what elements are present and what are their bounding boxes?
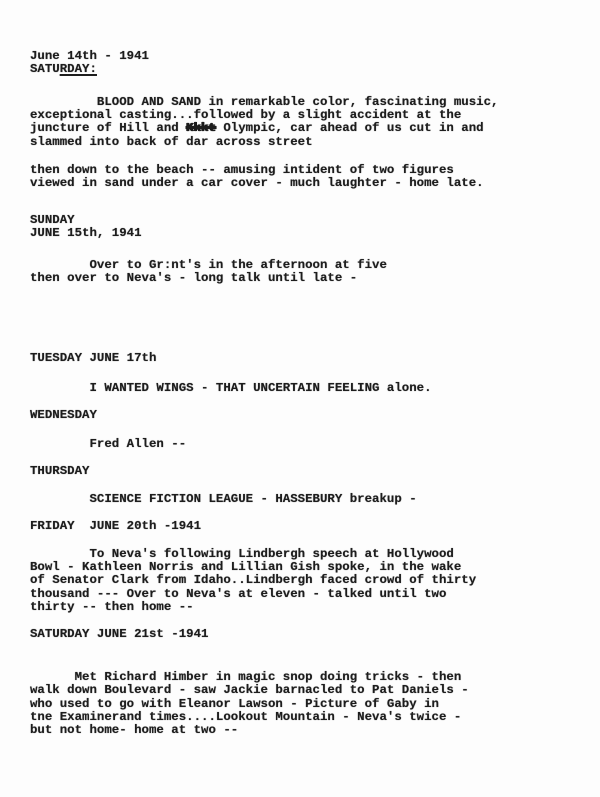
text-line: who used to go with Eleanor Lawson - Pic… bbox=[30, 698, 590, 711]
entry-paragraph: then down to the beach -- amusing intide… bbox=[30, 164, 590, 191]
text-line: WEDNESDAY bbox=[30, 409, 590, 422]
diary-entries: June 14th - 1941SATURDAY: BLOOD AND SAND… bbox=[30, 50, 590, 738]
entry-heading: June 14th - 1941SATURDAY: bbox=[30, 50, 590, 77]
struck-out-word: Kkkt bbox=[186, 121, 216, 135]
text-line: SCIENCE FICTION LEAGUE - HASSEBURY break… bbox=[30, 493, 590, 506]
entry-paragraph: Over to Gr:nt's in the afternoon at five… bbox=[30, 259, 590, 286]
entry-heading: THURSDAY bbox=[30, 465, 590, 478]
text-line: SATURDAY: bbox=[30, 63, 590, 76]
text-line: viewed in sand under a car cover - much … bbox=[30, 177, 590, 190]
text-line: I WANTED WINGS - THAT UNCERTAIN FEELING … bbox=[30, 382, 590, 395]
text-line: BLOOD AND SAND in remarkable color, fasc… bbox=[30, 96, 590, 109]
entry-heading: TUESDAY JUNE 17th bbox=[30, 352, 590, 365]
text-line: juncture of Hill and Kkkt Olympic, car a… bbox=[30, 122, 590, 135]
entry-heading: SATURDAY JUNE 21st -1941 bbox=[30, 628, 590, 641]
entry-paragraph: To Neva's following Lindbergh speech at … bbox=[30, 548, 590, 615]
text-line: To Neva's following Lindbergh speech at … bbox=[30, 548, 590, 561]
text-line: walk down Boulevard - saw Jackie barnacl… bbox=[30, 684, 590, 697]
entry-paragraph: I WANTED WINGS - THAT UNCERTAIN FEELING … bbox=[30, 382, 590, 395]
entry-paragraph: BLOOD AND SAND in remarkable color, fasc… bbox=[30, 96, 590, 150]
entry-heading: FRIDAY JUNE 20th -1941 bbox=[30, 520, 590, 533]
entry-paragraph: Fred Allen -- bbox=[30, 438, 590, 451]
text-line: June 14th - 1941 bbox=[30, 50, 590, 63]
entry-paragraph: SCIENCE FICTION LEAGUE - HASSEBURY break… bbox=[30, 493, 590, 506]
document-page: June 14th - 1941SATURDAY: BLOOD AND SAND… bbox=[0, 0, 600, 797]
text-line: but not home- home at two -- bbox=[30, 724, 590, 737]
entry-paragraph: Met Richard Himber in magic snop doing t… bbox=[30, 671, 590, 738]
text-line: SATURDAY JUNE 21st -1941 bbox=[30, 628, 590, 641]
entry-heading: WEDNESDAY bbox=[30, 409, 590, 422]
text-line: THURSDAY bbox=[30, 465, 590, 478]
text-line: FRIDAY JUNE 20th -1941 bbox=[30, 520, 590, 533]
text-line: then over to Neva's - long talk until la… bbox=[30, 272, 590, 285]
text-line: thirty -- then home -- bbox=[30, 601, 590, 614]
text-line: of Senator Clark from Idaho..Lindbergh f… bbox=[30, 574, 590, 587]
text-line: slammed into back of dar across street bbox=[30, 136, 590, 149]
text-line: TUESDAY JUNE 17th bbox=[30, 352, 590, 365]
text-line: JUNE 15th, 1941 bbox=[30, 227, 590, 240]
text-line: Fred Allen -- bbox=[30, 438, 590, 451]
entry-heading: SUNDAYJUNE 15th, 1941 bbox=[30, 214, 590, 241]
underlined-text: RDAY: bbox=[60, 62, 97, 76]
